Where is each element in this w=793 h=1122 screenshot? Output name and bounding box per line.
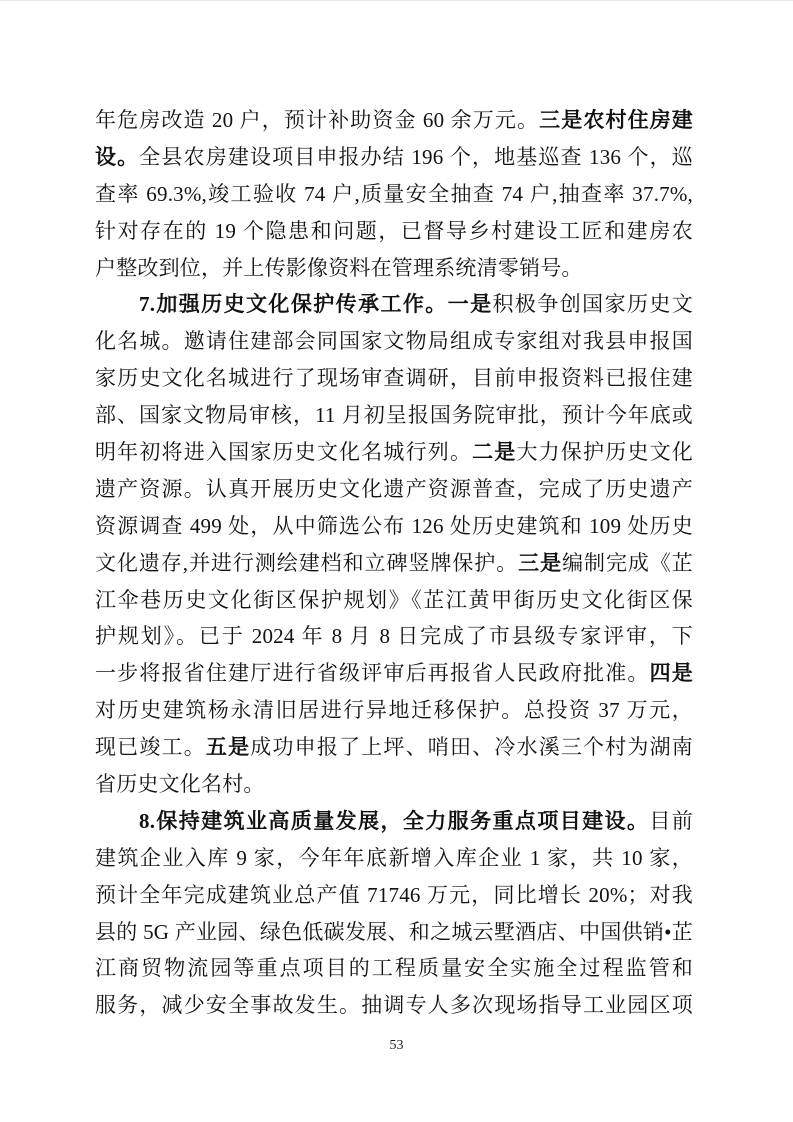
text-line: 护规划》。已于 2024 年 8 月 8 日完成了市县级专家评审，下 <box>95 618 693 655</box>
page-number: 53 <box>0 1038 793 1054</box>
text-segment: 明年初将进入国家历史文化名城行列。 <box>95 440 472 464</box>
bold-text-segment: 8.保持建筑业高质量发展，全力服务重点项目建设。 <box>139 809 649 833</box>
text-line: 建筑企业入库 9 家，今年年底新增入库企业 1 家，共 10 家， <box>95 840 693 877</box>
text-line: 省历史文化名村。 <box>95 766 693 803</box>
bold-text-segment: 7.加强历史文化保护传承工作。一是 <box>139 292 493 316</box>
text-segment: 省历史文化名村。 <box>95 772 265 796</box>
text-segment: 护规划》。已于 2024 年 8 月 8 日完成了市县级专家评审，下 <box>95 624 693 648</box>
document-page: 年危房改造 20 户，预计补助资金 60 余万元。三是农村住房建设。全县农房建设… <box>0 0 793 1122</box>
text-segment: 年危房改造 20 户，预计补助资金 60 余万元。 <box>95 108 539 132</box>
text-segment: 家历史文化名城进行了现场审查调研，目前申报资料已报住建 <box>95 366 693 390</box>
text-segment: 遗产资源。认真开展历史文化遗产资源普查，完成了历史遗产 <box>95 477 693 501</box>
bold-text-segment: 三是 <box>518 551 562 575</box>
text-segment: 编制完成《芷 <box>562 551 693 575</box>
text-line: 明年初将进入国家历史文化名城行列。二是大力保护历史文化 <box>95 434 693 471</box>
text-segment: 对历史建筑杨永清旧居进行异地迁移保护。总投资 37 万元， <box>95 698 693 722</box>
text-line: 户整改到位，并上传影像资料在管理系统清零销号。 <box>95 250 693 287</box>
text-segment: 江伞巷历史文化街区保护规划》《芷江黄甲街历史文化街区保 <box>95 588 693 612</box>
text-segment: 预计全年完成建筑业总产值 71746 万元，同比增长 20%；对我 <box>95 883 693 907</box>
text-segment: 针对存在的 19 个隐患和问题，已督导乡村建设工匠和建房农 <box>95 219 693 243</box>
text-line: 8.保持建筑业高质量发展，全力服务重点项目建设。目前 <box>95 803 693 840</box>
document-body: 年危房改造 20 户，预计补助资金 60 余万元。三是农村住房建设。全县农房建设… <box>95 102 693 1024</box>
text-segment: 成功申报了上坪、哨田、冷水溪三个村为湖南 <box>250 735 693 759</box>
bold-text-segment: 三是农村住房建 <box>539 108 693 132</box>
text-line: 服务，减少安全事故发生。抽调专人多次现场指导工业园区项 <box>95 987 693 1024</box>
text-segment: 大力保护历史文化 <box>517 440 694 464</box>
bold-text-segment: 二是 <box>472 440 516 464</box>
text-line: 设。全县农房建设项目申报办结 196 个，地基巡查 136 个，巡 <box>95 139 693 176</box>
text-line: 查率 69.3%,竣工验收 74 户,质量安全抽查 74 户,抽查率 37.7%… <box>95 176 693 213</box>
text-line: 7.加强历史文化保护传承工作。一是积极争创国家历史文 <box>95 286 693 323</box>
text-line: 遗产资源。认真开展历史文化遗产资源普查，完成了历史遗产 <box>95 471 693 508</box>
text-segment: 一步将报省住建厅进行省级评审后再报省人民政府批准。 <box>95 661 650 685</box>
text-segment: 全县农房建设项目申报办结 196 个，地基巡查 136 个，巡 <box>139 145 693 169</box>
text-segment: 服务，减少安全事故发生。抽调专人多次现场指导工业园区项 <box>95 993 693 1017</box>
text-line: 资源调查 499 处，从中筛选公布 126 处历史建筑和 109 处历史 <box>95 508 693 545</box>
text-segment: 建筑企业入库 9 家，今年年底新增入库企业 1 家，共 10 家， <box>95 846 693 870</box>
text-segment: 化名城。邀请住建部会同国家文物局组成专家组对我县申报国 <box>95 329 693 353</box>
text-segment: 江商贸物流园等重点项目的工程质量安全实施全过程监管和 <box>95 956 693 980</box>
bold-text-segment: 五是 <box>206 735 250 759</box>
text-line: 部、国家文物局审核，11 月初呈报国务院审批，预计今年底或 <box>95 397 693 434</box>
text-line: 对历史建筑杨永清旧居进行异地迁移保护。总投资 37 万元， <box>95 692 693 729</box>
text-segment: 现已竣工。 <box>95 735 206 759</box>
text-line: 针对存在的 19 个隐患和问题，已督导乡村建设工匠和建房农 <box>95 213 693 250</box>
text-line: 县的 5G 产业园、绿色低碳发展、和之城云墅酒店、中国供销•芷 <box>95 914 693 951</box>
text-segment: 县的 5G 产业园、绿色低碳发展、和之城云墅酒店、中国供销•芷 <box>95 920 693 944</box>
text-segment: 文化遗存,并进行测绘建档和立碑竖牌保护。 <box>95 551 518 575</box>
text-line: 预计全年完成建筑业总产值 71746 万元，同比增长 20%；对我 <box>95 877 693 914</box>
text-segment: 资源调查 499 处，从中筛选公布 126 处历史建筑和 109 处历史 <box>95 514 693 538</box>
text-line: 一步将报省住建厅进行省级评审后再报省人民政府批准。四是 <box>95 655 693 692</box>
text-segment: 目前 <box>649 809 693 833</box>
text-segment: 查率 69.3%,竣工验收 74 户,质量安全抽查 74 户,抽查率 37.7%… <box>95 182 693 206</box>
text-line: 年危房改造 20 户，预计补助资金 60 余万元。三是农村住房建 <box>95 102 693 139</box>
bold-text-segment: 四是 <box>650 661 693 685</box>
text-line: 文化遗存,并进行测绘建档和立碑竖牌保护。三是编制完成《芷 <box>95 545 693 582</box>
text-segment: 户整改到位，并上传影像资料在管理系统清零销号。 <box>95 256 583 280</box>
bold-text-segment: 设。 <box>95 145 139 169</box>
text-line: 现已竣工。五是成功申报了上坪、哨田、冷水溪三个村为湖南 <box>95 729 693 766</box>
text-line: 江伞巷历史文化街区保护规划》《芷江黄甲街历史文化街区保 <box>95 582 693 619</box>
text-line: 化名城。邀请住建部会同国家文物局组成专家组对我县申报国 <box>95 323 693 360</box>
text-line: 江商贸物流园等重点项目的工程质量安全实施全过程监管和 <box>95 950 693 987</box>
text-segment: 部、国家文物局审核，11 月初呈报国务院审批，预计今年底或 <box>95 403 693 427</box>
text-segment: 积极争创国家历史文 <box>493 292 693 316</box>
text-line: 家历史文化名城进行了现场审查调研，目前申报资料已报住建 <box>95 360 693 397</box>
